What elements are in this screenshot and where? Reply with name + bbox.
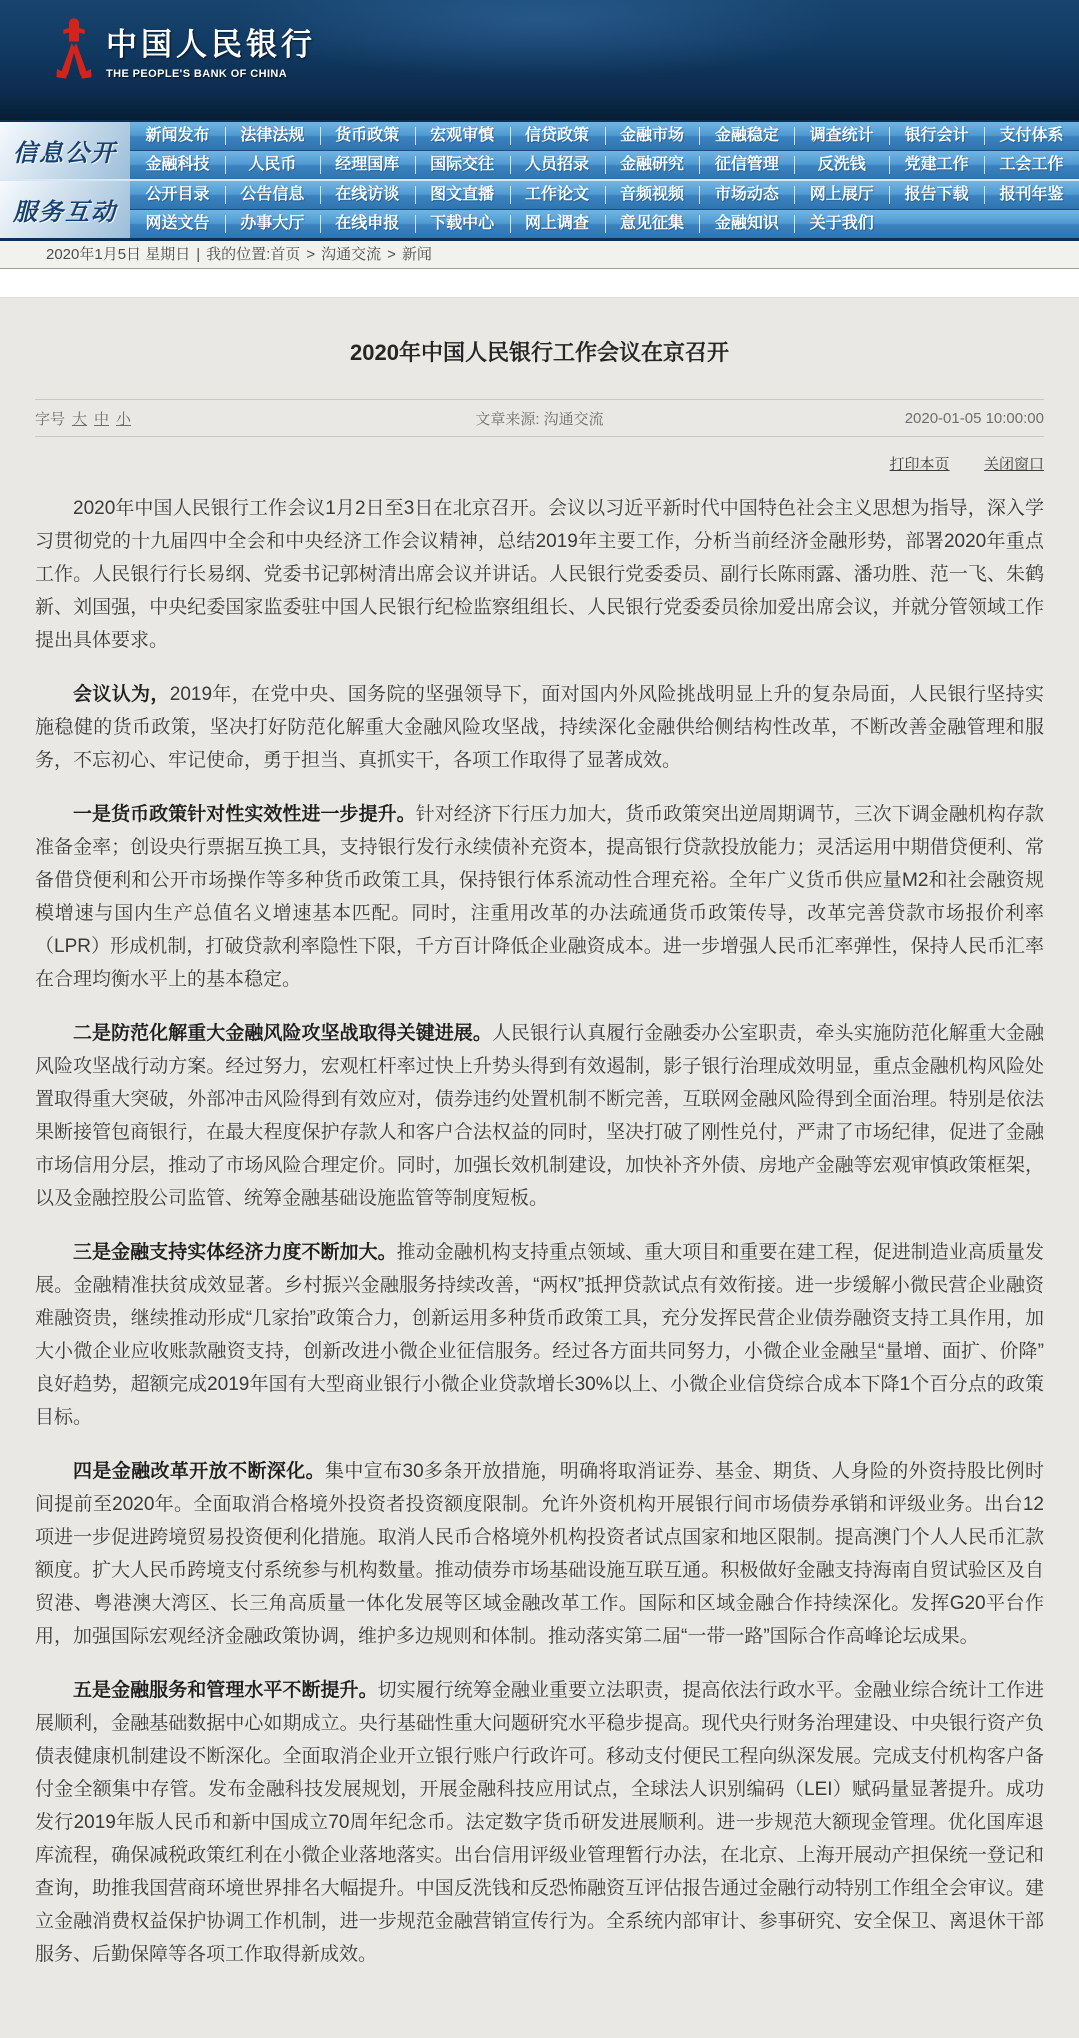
paragraph-lead: 一是货币政策针对性实效性进一步提升。: [73, 804, 416, 825]
nav-menu-item[interactable]: 下载中心: [415, 209, 510, 238]
nav-menu-item[interactable]: 在线申报: [320, 209, 415, 238]
nav-menu-item[interactable]: 网上展厅: [794, 181, 889, 209]
pboc-home-link[interactable]: 中国人民银行 THE PEOPLE'S BANK OF CHINA: [56, 16, 316, 91]
article-panel: 2020年中国人民银行工作会议在京召开 字号大中小 文章来源: 沟通交流 202…: [0, 298, 1079, 2038]
nav-menu-item[interactable]: 音频视频: [605, 181, 700, 209]
nav-menu-item[interactable]: 关于我们: [794, 209, 889, 238]
paragraph-lead: 二是防范化解重大金融风险攻坚战取得关键进展。: [73, 1023, 492, 1044]
nav-menu-item[interactable]: 金融研究: [605, 150, 700, 179]
font-size-大-link[interactable]: 大: [72, 411, 87, 428]
nav-menu-item[interactable]: 金融知识: [699, 209, 794, 238]
nav-section-info-disclosure: 信息公开新闻发布法律法规货币政策宏观审慎信贷政策金融市场金融稳定调查统计银行会计…: [0, 122, 1079, 179]
article-paragraph: 二是防范化解重大金融风险攻坚战取得关键进展。人民银行认真履行金融委办公室职责，牵…: [35, 1017, 1044, 1215]
nav-menu-item[interactable]: 金融稳定: [699, 122, 794, 150]
bank-name-chinese: 中国人民银行: [106, 27, 316, 64]
article-paragraph: 四是金融改革开放不断深化。集中宣布30多条开放措施，明确将取消证券、基金、期货、…: [35, 1455, 1044, 1653]
article-meta-bar: 字号大中小 文章来源: 沟通交流 2020-01-05 10:00:00: [35, 399, 1044, 437]
breadcrumb-link[interactable]: 首页: [270, 246, 300, 263]
nav-menu-item[interactable]: 信贷政策: [510, 122, 605, 150]
font-size-中-link[interactable]: 中: [94, 411, 109, 428]
nav-menu-item[interactable]: 党建工作: [889, 150, 984, 179]
nav-menu-item[interactable]: 金融市场: [605, 122, 700, 150]
nav-menu-item[interactable]: 报告下载: [889, 181, 984, 209]
breadcrumb-arrow: >: [381, 246, 402, 263]
breadcrumb-date: 2020年1月5日 星期日: [46, 246, 190, 263]
article-paragraph: 三是金融支持实体经济力度不断加大。推动金融机构支持重点领域、重大项目和重要在建工…: [35, 1236, 1044, 1434]
site-banner: 中国人民银行 THE PEOPLE'S BANK OF CHINA: [0, 0, 1079, 118]
nav-menu-item[interactable]: 宏观审慎: [415, 122, 510, 150]
nav-menu-item[interactable]: 工作论文: [510, 181, 605, 209]
nav-menu-item[interactable]: 公开目录: [130, 181, 225, 209]
breadcrumb-pipe: |: [190, 246, 206, 263]
paragraph-lead: 会议认为，: [73, 684, 170, 705]
nav-menu-item[interactable]: 意见征集: [605, 209, 700, 238]
main-nav: 信息公开新闻发布法律法规货币政策宏观审慎信贷政策金融市场金融稳定调查统计银行会计…: [0, 118, 1079, 241]
nav-menu-item[interactable]: 人员招录: [510, 150, 605, 179]
article-paragraph: 一是货币政策针对性实效性进一步提升。针对经济下行压力加大，货币政策突出逆周期调节…: [35, 798, 1044, 996]
nav-menu-item[interactable]: 人民币: [225, 150, 320, 179]
nav-menu-item[interactable]: 银行会计: [889, 122, 984, 150]
nav-menu-item[interactable]: 支付体系: [984, 122, 1079, 150]
nav-menu-item[interactable]: 图文直播: [415, 181, 510, 209]
nav-menu-item[interactable]: 经理国库: [320, 150, 415, 179]
breadcrumb-link[interactable]: 新闻: [402, 246, 432, 263]
nav-menu-item[interactable]: 国际交往: [415, 150, 510, 179]
nav-menu-item[interactable]: 报刊年鉴: [984, 181, 1079, 209]
nav-empty-cell: [984, 209, 1079, 238]
nav-menu-item[interactable]: 征信管理: [699, 150, 794, 179]
nav-section-label[interactable]: 服务互动: [0, 181, 130, 238]
paragraph-lead: 四是金融改革开放不断深化。: [73, 1461, 325, 1482]
nav-section-label[interactable]: 信息公开: [0, 122, 130, 179]
breadcrumb-link[interactable]: 沟通交流: [321, 246, 381, 263]
breadcrumb-bar: 2020年1月5日 星期日|我的位置:首页>沟通交流>新闻: [0, 241, 1079, 269]
paragraph-lead: 三是金融支持实体经济力度不断加大。: [73, 1242, 397, 1263]
nav-menu-item[interactable]: 调查统计: [794, 122, 889, 150]
bank-name-english: THE PEOPLE'S BANK OF CHINA: [106, 68, 316, 80]
close-window-link[interactable]: 关闭窗口: [984, 456, 1044, 473]
font-size-label: 字号: [35, 411, 65, 428]
nav-menu-item[interactable]: 工会工作: [984, 150, 1079, 179]
nav-menu-item[interactable]: 市场动态: [699, 181, 794, 209]
nav-empty-cell: [889, 209, 984, 238]
article-paragraph: 五是金融服务和管理水平不断提升。切实履行统筹金融业重要立法职责，提高依法行政水平…: [35, 1674, 1044, 1971]
font-size-小-link[interactable]: 小: [116, 411, 131, 428]
pboc-logo-icon: [56, 16, 92, 91]
nav-menu-item[interactable]: 办事大厅: [225, 209, 320, 238]
article-title: 2020年中国人民银行工作会议在京召开: [35, 298, 1044, 399]
nav-menu-item[interactable]: 新闻发布: [130, 122, 225, 150]
font-size-controls: 字号大中小: [35, 408, 341, 429]
nav-menu-item[interactable]: 网送文告: [130, 209, 225, 238]
nav-menu-item[interactable]: 在线访谈: [320, 181, 415, 209]
article-source: 文章来源: 沟通交流: [475, 411, 603, 428]
paragraph-lead: 五是金融服务和管理水平不断提升。: [73, 1680, 378, 1701]
nav-menu-item[interactable]: 法律法规: [225, 122, 320, 150]
print-page-link[interactable]: 打印本页: [890, 456, 950, 473]
nav-menu-item[interactable]: 金融科技: [130, 150, 225, 179]
page-gap: [0, 269, 1079, 298]
breadcrumb-location-label: 我的位置:: [206, 246, 270, 263]
article-body: 2020年中国人民银行工作会议1月2日至3日在北京召开。会议以习近平新时代中国特…: [35, 480, 1044, 1971]
nav-section-services: 服务互动公开目录公告信息在线访谈图文直播工作论文音频视频市场动态网上展厅报告下载…: [0, 179, 1079, 238]
nav-grid: 新闻发布法律法规货币政策宏观审慎信贷政策金融市场金融稳定调查统计银行会计支付体系…: [130, 122, 1079, 179]
nav-grid: 公开目录公告信息在线访谈图文直播工作论文音频视频市场动态网上展厅报告下载报刊年鉴…: [130, 181, 1079, 238]
banner-glow-decoration: [230, 0, 850, 80]
article-actions: 打印本页 关闭窗口: [35, 437, 1044, 480]
nav-menu-item[interactable]: 网上调查: [510, 209, 605, 238]
breadcrumb-arrow: >: [300, 246, 321, 263]
nav-menu-item[interactable]: 货币政策: [320, 122, 415, 150]
article-datetime: 2020-01-05 10:00:00: [905, 410, 1044, 427]
article-paragraph: 会议认为，2019年，在党中央、国务院的坚强领导下，面对国内外风险挑战明显上升的…: [35, 678, 1044, 777]
nav-menu-item[interactable]: 反洗钱: [794, 150, 889, 179]
nav-menu-item[interactable]: 公告信息: [225, 181, 320, 209]
article-paragraph: 2020年中国人民银行工作会议1月2日至3日在北京召开。会议以习近平新时代中国特…: [35, 492, 1044, 657]
